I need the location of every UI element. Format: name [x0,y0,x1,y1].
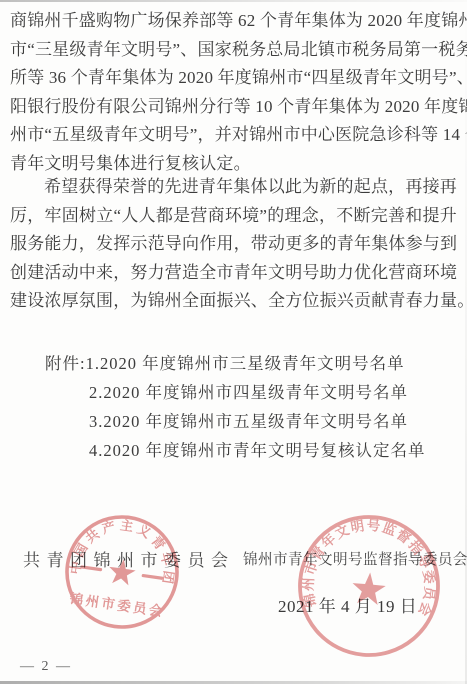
page-number: — 2 — [20,659,72,675]
attachments-block: 附件:1.2020 年度锦州市三星级青年文明号名单 2.2020 年度锦州市四星… [45,349,426,465]
seal-icon: 锦州市青年文明号监督指导委员会 [295,512,443,660]
attachment-item: 1.2020 年度锦州市三星级青年文明号名单 [86,354,405,373]
attachment-item: 3.2020 年度锦州市五星级青年文明号名单 [89,407,426,436]
paragraph-1: 商锦州千盛购物广场保养部等 62 个青年集体为 2020 年度锦州 市“三星级青… [10,7,457,179]
attachment-item: 2.2020 年度锦州市四星级青年文明号名单 [89,378,426,407]
body-line: 所等 36 个青年集体为 2020 年度锦州市“四星级青年文明号”、朝 [10,64,457,93]
attachments-label: 附件: [45,354,86,373]
body-line: 厉，牢固树立“人人都是营商环境”的理念，不断完善和提升 [10,202,457,231]
scan-edge-top [0,0,467,2]
body-line: 州市“五星级青年文明号”，并对锦州市中心医院急诊科等 14 个 [10,121,457,150]
attachment-item: 4.2020 年度锦州市青年文明号复核认定名单 [89,436,426,465]
attachment-line-1: 附件:1.2020 年度锦州市三星级青年文明号名单 [45,349,426,378]
body-line: 创建活动中来，努力营造全市青年文明号助力优化营商环境 [10,259,457,288]
seal-ring-icon [60,510,184,634]
paragraph-2: 希望获得荣誉的先进青年集体以此为新的起点，再接再 厉，牢固树立“人人都是营商环境… [10,173,457,316]
body-line: 建设浓厚氛围，为锦州全面振兴、全方位振兴贡献青春力量。 [10,287,457,316]
seal-ring-icon [295,512,443,660]
signature-org-left: 共青团锦州市委员会 [23,546,235,571]
seal-bar-icon [141,574,163,580]
document-date: 2021 年 4 月 19 日 [278,592,417,617]
document-page: 商锦州千盛购物广场保养部等 62 个青年集体为 2020 年度锦州 市“三星级青… [0,0,467,684]
seal-bottom-text: 锦州市委员会 [68,590,166,619]
stamp-youth-league-seal: 中国共产主义青年团 锦州市委员会 [60,510,184,634]
seal-icon: 中国共产主义青年团 锦州市委员会 [60,510,184,634]
body-line: 市“三星级青年文明号”、国家税务总局北镇市税务局第一税务 [10,36,457,65]
body-line: 商锦州千盛购物广场保养部等 62 个青年集体为 2020 年度锦州 [10,7,457,36]
stamp-supervision-committee-seal: 锦州市青年文明号监督指导委员会 [295,512,443,660]
body-line: 希望获得荣誉的先进青年集体以此为新的起点，再接再 [10,173,457,202]
body-line: 服务能力，发挥示范导向作用，带动更多的青年集体参与到 [10,230,457,259]
body-line: 阳银行股份有限公司锦州分行等 10 个青年集体为 2020 年度锦 [10,93,457,122]
signature-org-right: 锦州市青年文明号监督指导委员会 [243,548,467,569]
